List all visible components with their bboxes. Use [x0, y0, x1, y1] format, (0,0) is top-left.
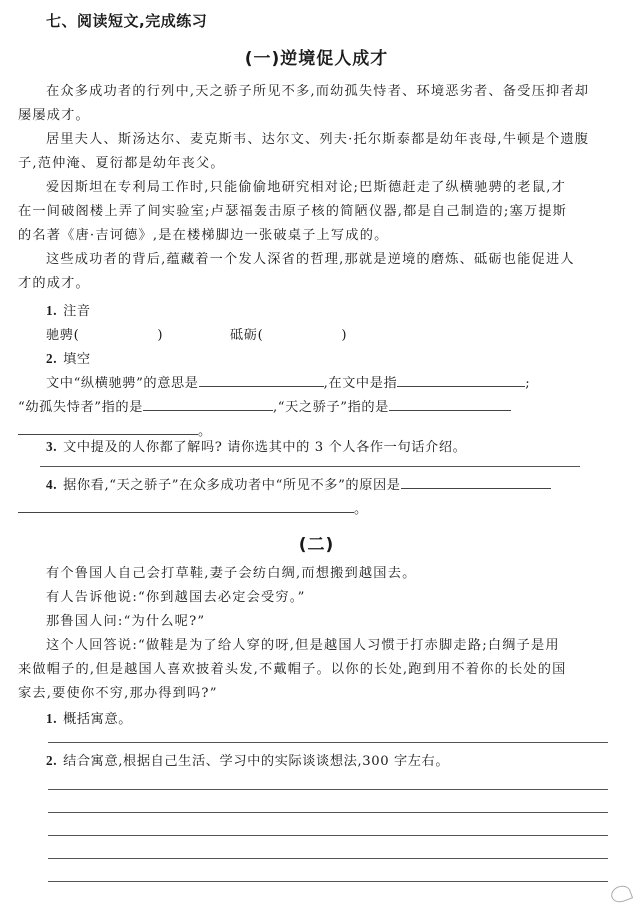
passage-line: 居里夫人、斯汤达尔、麦克斯韦、达尔文、列夫·托尔斯泰都是幼年丧母,牛顿是个遗腹	[46, 128, 589, 152]
answer-blank[interactable]	[389, 396, 511, 411]
fill-line-2: “幼孤失恃者”指的是,“天之骄子”指的是	[18, 396, 511, 415]
passage-line: 这些成功者的背后,蕴藏着一个发人深省的哲理,那就是逆境的磨炼、砥砺也能促进人	[46, 248, 575, 272]
question-2: 2.填空	[46, 348, 91, 367]
passage-line: 的名著《唐·吉诃德》,是在楼梯脚边一张破桌子上写成的。	[18, 224, 388, 248]
q4-line-2: 。	[18, 498, 368, 517]
part2-question-1: 1.概括寓意。	[46, 708, 132, 727]
answer-blank[interactable]	[18, 498, 354, 513]
passage-line: 在一间破阁楼上弄了间实验室;卢瑟福轰击原子核的简陋仪器,都是自己制造的;塞万提斯	[18, 200, 567, 224]
question-number: 2.	[46, 753, 57, 768]
part2-question-2: 2.结合寓意,根据自己生活、学习中的实际谈谈想法,300 字左右。	[46, 750, 449, 769]
answer-line[interactable]	[48, 858, 608, 859]
passage-line: 子,范仲淹、夏衍都是幼年丧父。	[18, 152, 225, 176]
answer-line[interactable]	[40, 466, 580, 467]
answer-line[interactable]	[48, 881, 608, 882]
section-title: 七、阅读短文,完成练习	[46, 10, 207, 31]
part1-title: (一)逆境促人成才	[0, 44, 633, 69]
answer-line[interactable]	[48, 789, 608, 790]
answer-line[interactable]	[48, 742, 608, 743]
answer-blank[interactable]	[199, 372, 324, 387]
question-number: 3.	[46, 439, 57, 454]
passage-line: 才的成才。	[18, 272, 90, 296]
pinyin-item-chicheng[interactable]: 驰骋()	[46, 324, 163, 343]
passage-line: 爱因斯坦在专利局工作时,只能偷偷地研究相对论;巴斯德赶走了纵横驰骋的老鼠,才	[46, 176, 566, 200]
question-number: 1.	[46, 303, 57, 318]
question-label: 填空	[63, 352, 91, 367]
question-4: 4.据你看,“天之骄子”在众多成功者中“所见不多”的原因是	[46, 474, 551, 493]
question-label: 据你看,“天之骄子”在众多成功者中“所见不多”的原因是	[63, 478, 400, 493]
question-label: 注音	[63, 304, 91, 319]
question-label: 文中提及的人你都了解吗? 请你选其中的 3 个人各作一句话介绍。	[63, 440, 466, 455]
answer-line[interactable]	[48, 812, 608, 813]
story-line: 来做帽子的,但是越国人喜欢披着头发,不戴帽子。以你的长处,跑到用不着你的长处的国	[18, 658, 567, 682]
answer-blank[interactable]	[18, 420, 198, 435]
answer-blank[interactable]	[397, 372, 525, 387]
story-line: 这个人回答说:“做鞋是为了给人穿的呀,但是越国人习惯于打赤脚走路;白绸子是用	[46, 634, 560, 658]
question-label: 概括寓意。	[63, 712, 132, 727]
answer-line[interactable]	[48, 835, 608, 836]
question-label: 结合寓意,根据自己生活、学习中的实际谈谈想法,300 字左右。	[63, 754, 449, 769]
question-number: 2.	[46, 351, 57, 366]
story-line: 家去,要使你不穷,那办得到吗?”	[18, 682, 218, 706]
answer-blank[interactable]	[143, 396, 273, 411]
fill-line-1: 文中“纵横驰骋”的意思是,在文中是指;	[46, 372, 530, 391]
part2-title: (二)	[0, 530, 633, 555]
story-line: 那鲁国人问:“为什么呢?”	[46, 610, 205, 634]
page-curl-mark	[609, 883, 633, 905]
pinyin-item-dili[interactable]: 砥砺()	[230, 324, 347, 343]
story-line: 有个鲁国人自己会打草鞋,妻子会纺白绸,而想搬到越国去。	[46, 562, 416, 586]
question-1: 1.注音	[46, 300, 91, 319]
answer-blank[interactable]	[401, 474, 551, 489]
story-line: 有人告诉他说:“你到越国去必定会受穷。”	[46, 586, 306, 610]
passage-line: 屡屡成才。	[18, 104, 90, 128]
question-3: 3.文中提及的人你都了解吗? 请你选其中的 3 个人各作一句话介绍。	[46, 436, 466, 455]
question-number: 1.	[46, 711, 57, 726]
question-number: 4.	[46, 477, 57, 492]
passage-line: 在众多成功者的行列中,天之骄子所见不多,而幼孤失恃者、环境恶劣者、备受压抑者却	[46, 80, 589, 104]
